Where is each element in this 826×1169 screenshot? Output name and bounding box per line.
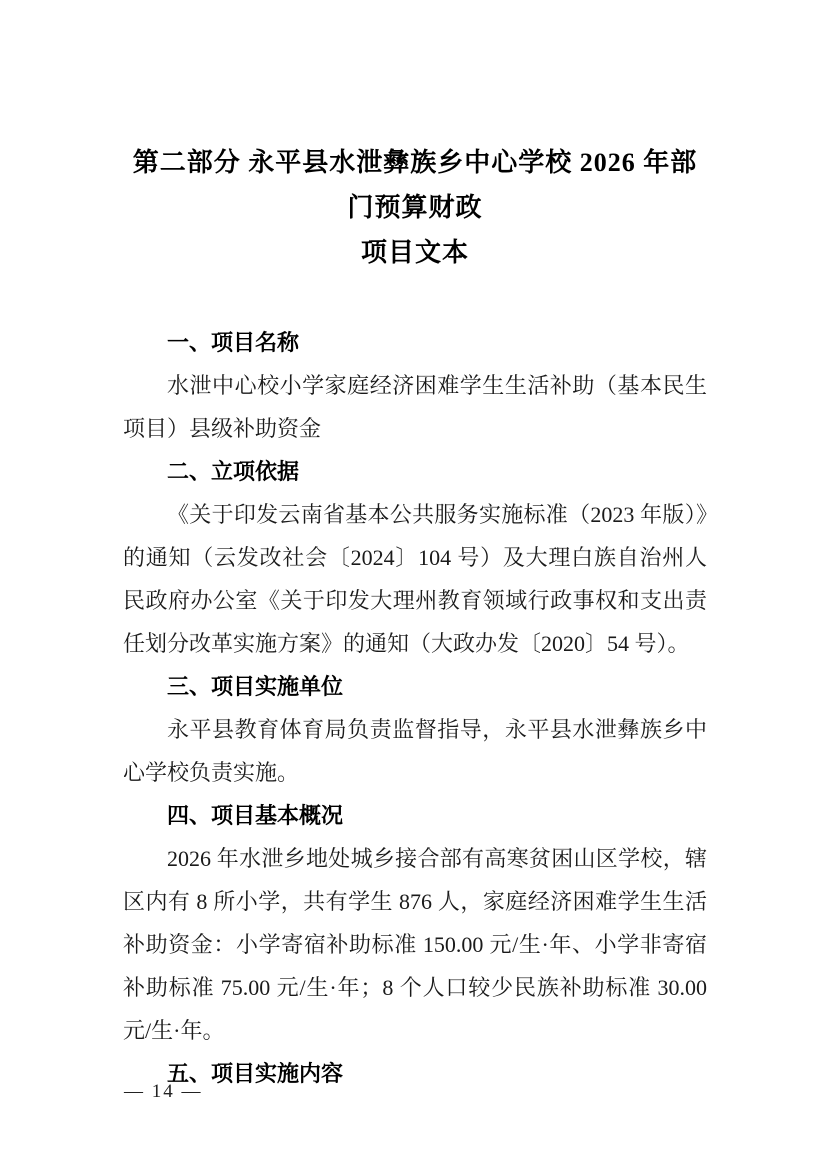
section-heading: 五、项目实施内容 <box>123 1052 707 1095</box>
section-implementation-content: 五、项目实施内容 <box>123 1052 707 1095</box>
section-approval-basis: 二、立项依据 《关于印发云南省基本公共服务实施标准（2023 年版）》的通知（云… <box>123 450 707 665</box>
section-body: 2026 年水泄乡地处城乡接合部有高寒贫困山区学校，辖区内有 8 所小学，共有学… <box>123 837 707 1052</box>
document-title-line-2: 项目文本 <box>123 230 707 275</box>
document-page: 第二部分 永平县水泄彝族乡中心学校 2026 年部门预算财政 项目文本 一、项目… <box>0 0 826 1169</box>
section-heading: 一、项目名称 <box>123 321 707 364</box>
section-implementing-unit: 三、项目实施单位 永平县教育体育局负责监督指导，永平县水泄彝族乡中心学校负责实施… <box>123 665 707 794</box>
document-content: 第二部分 永平县水泄彝族乡中心学校 2026 年部门预算财政 项目文本 一、项目… <box>123 140 707 1095</box>
section-heading: 四、项目基本概况 <box>123 794 707 837</box>
document-title-line-1: 第二部分 永平县水泄彝族乡中心学校 2026 年部门预算财政 <box>123 140 707 230</box>
document-title: 第二部分 永平县水泄彝族乡中心学校 2026 年部门预算财政 项目文本 <box>123 140 707 275</box>
page-number: — 14 — <box>124 1081 203 1103</box>
section-basic-overview: 四、项目基本概况 2026 年水泄乡地处城乡接合部有高寒贫困山区学校，辖区内有 … <box>123 794 707 1052</box>
document-sections: 一、项目名称 水泄中心校小学家庭经济困难学生生活补助（基本民生项目）县级补助资金… <box>123 321 707 1095</box>
section-heading: 二、立项依据 <box>123 450 707 493</box>
section-heading: 三、项目实施单位 <box>123 665 707 708</box>
section-body: 《关于印发云南省基本公共服务实施标准（2023 年版）》的通知（云发改社会〔20… <box>123 493 707 665</box>
section-project-name: 一、项目名称 水泄中心校小学家庭经济困难学生生活补助（基本民生项目）县级补助资金 <box>123 321 707 450</box>
section-body: 水泄中心校小学家庭经济困难学生生活补助（基本民生项目）县级补助资金 <box>123 364 707 450</box>
section-body: 永平县教育体育局负责监督指导，永平县水泄彝族乡中心学校负责实施。 <box>123 708 707 794</box>
